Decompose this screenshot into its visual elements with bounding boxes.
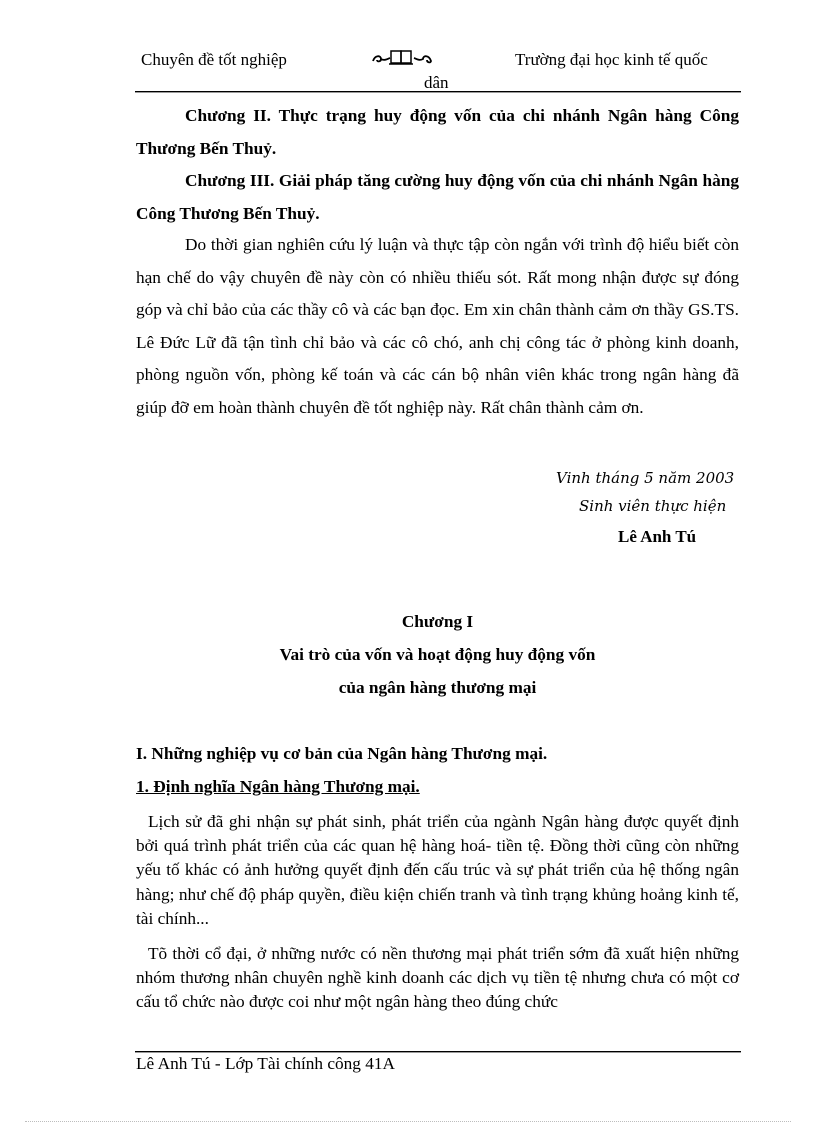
chapter-2-summary: Chương II. Thực trạng huy động vốn của c…	[136, 100, 739, 165]
section-heading: I. Những nghiệp vụ cơ bản của Ngân hàng …	[136, 744, 547, 764]
acknowledgement-paragraph: Do thời gian nghiên cứu lý luận và thực …	[136, 229, 739, 424]
chapter-1-title-line1: Vai trò của vốn và hoạt động huy động vố…	[136, 645, 739, 665]
signature-role: Sinh viên thực hiện	[579, 497, 726, 515]
paragraph-history: Lịch sử đã ghi nhận sự phát sinh, phát t…	[136, 810, 739, 931]
signature-name: Lê Anh Tú	[618, 527, 696, 547]
footer-divider	[135, 1051, 741, 1053]
signature-place-date: Vinh tháng 5 năm 2003	[556, 469, 734, 487]
subsection-heading: 1. Định nghĩa Ngân hàng Thương mại.	[136, 777, 420, 797]
header-right-text: Trường đại học kinh tế quốc	[515, 50, 708, 70]
page-boundary	[25, 1121, 791, 1122]
chapter-1-label: Chương I	[136, 612, 739, 632]
header-right-continued: dân	[424, 73, 449, 93]
chapter-3-summary: Chương III. Giải pháp tăng cường huy độn…	[136, 165, 739, 230]
book-ornament-icon	[371, 49, 435, 67]
document-page: Chuyên đề tốt nghiệp Trường đại học kinh…	[0, 0, 816, 1123]
paragraph-ancient-times: Tõ thời cổ đại, ở những nước có nền thươ…	[136, 942, 739, 1015]
page-header: Chuyên đề tốt nghiệp Trường đại học kinh…	[135, 46, 741, 91]
chapter-1-title-line2: của ngân hàng thương mại	[136, 678, 739, 698]
page-footer: Lê Anh Tú - Lớp Tài chính công 41A	[136, 1054, 395, 1074]
header-divider	[135, 91, 741, 93]
header-left-text: Chuyên đề tốt nghiệp	[141, 50, 287, 70]
